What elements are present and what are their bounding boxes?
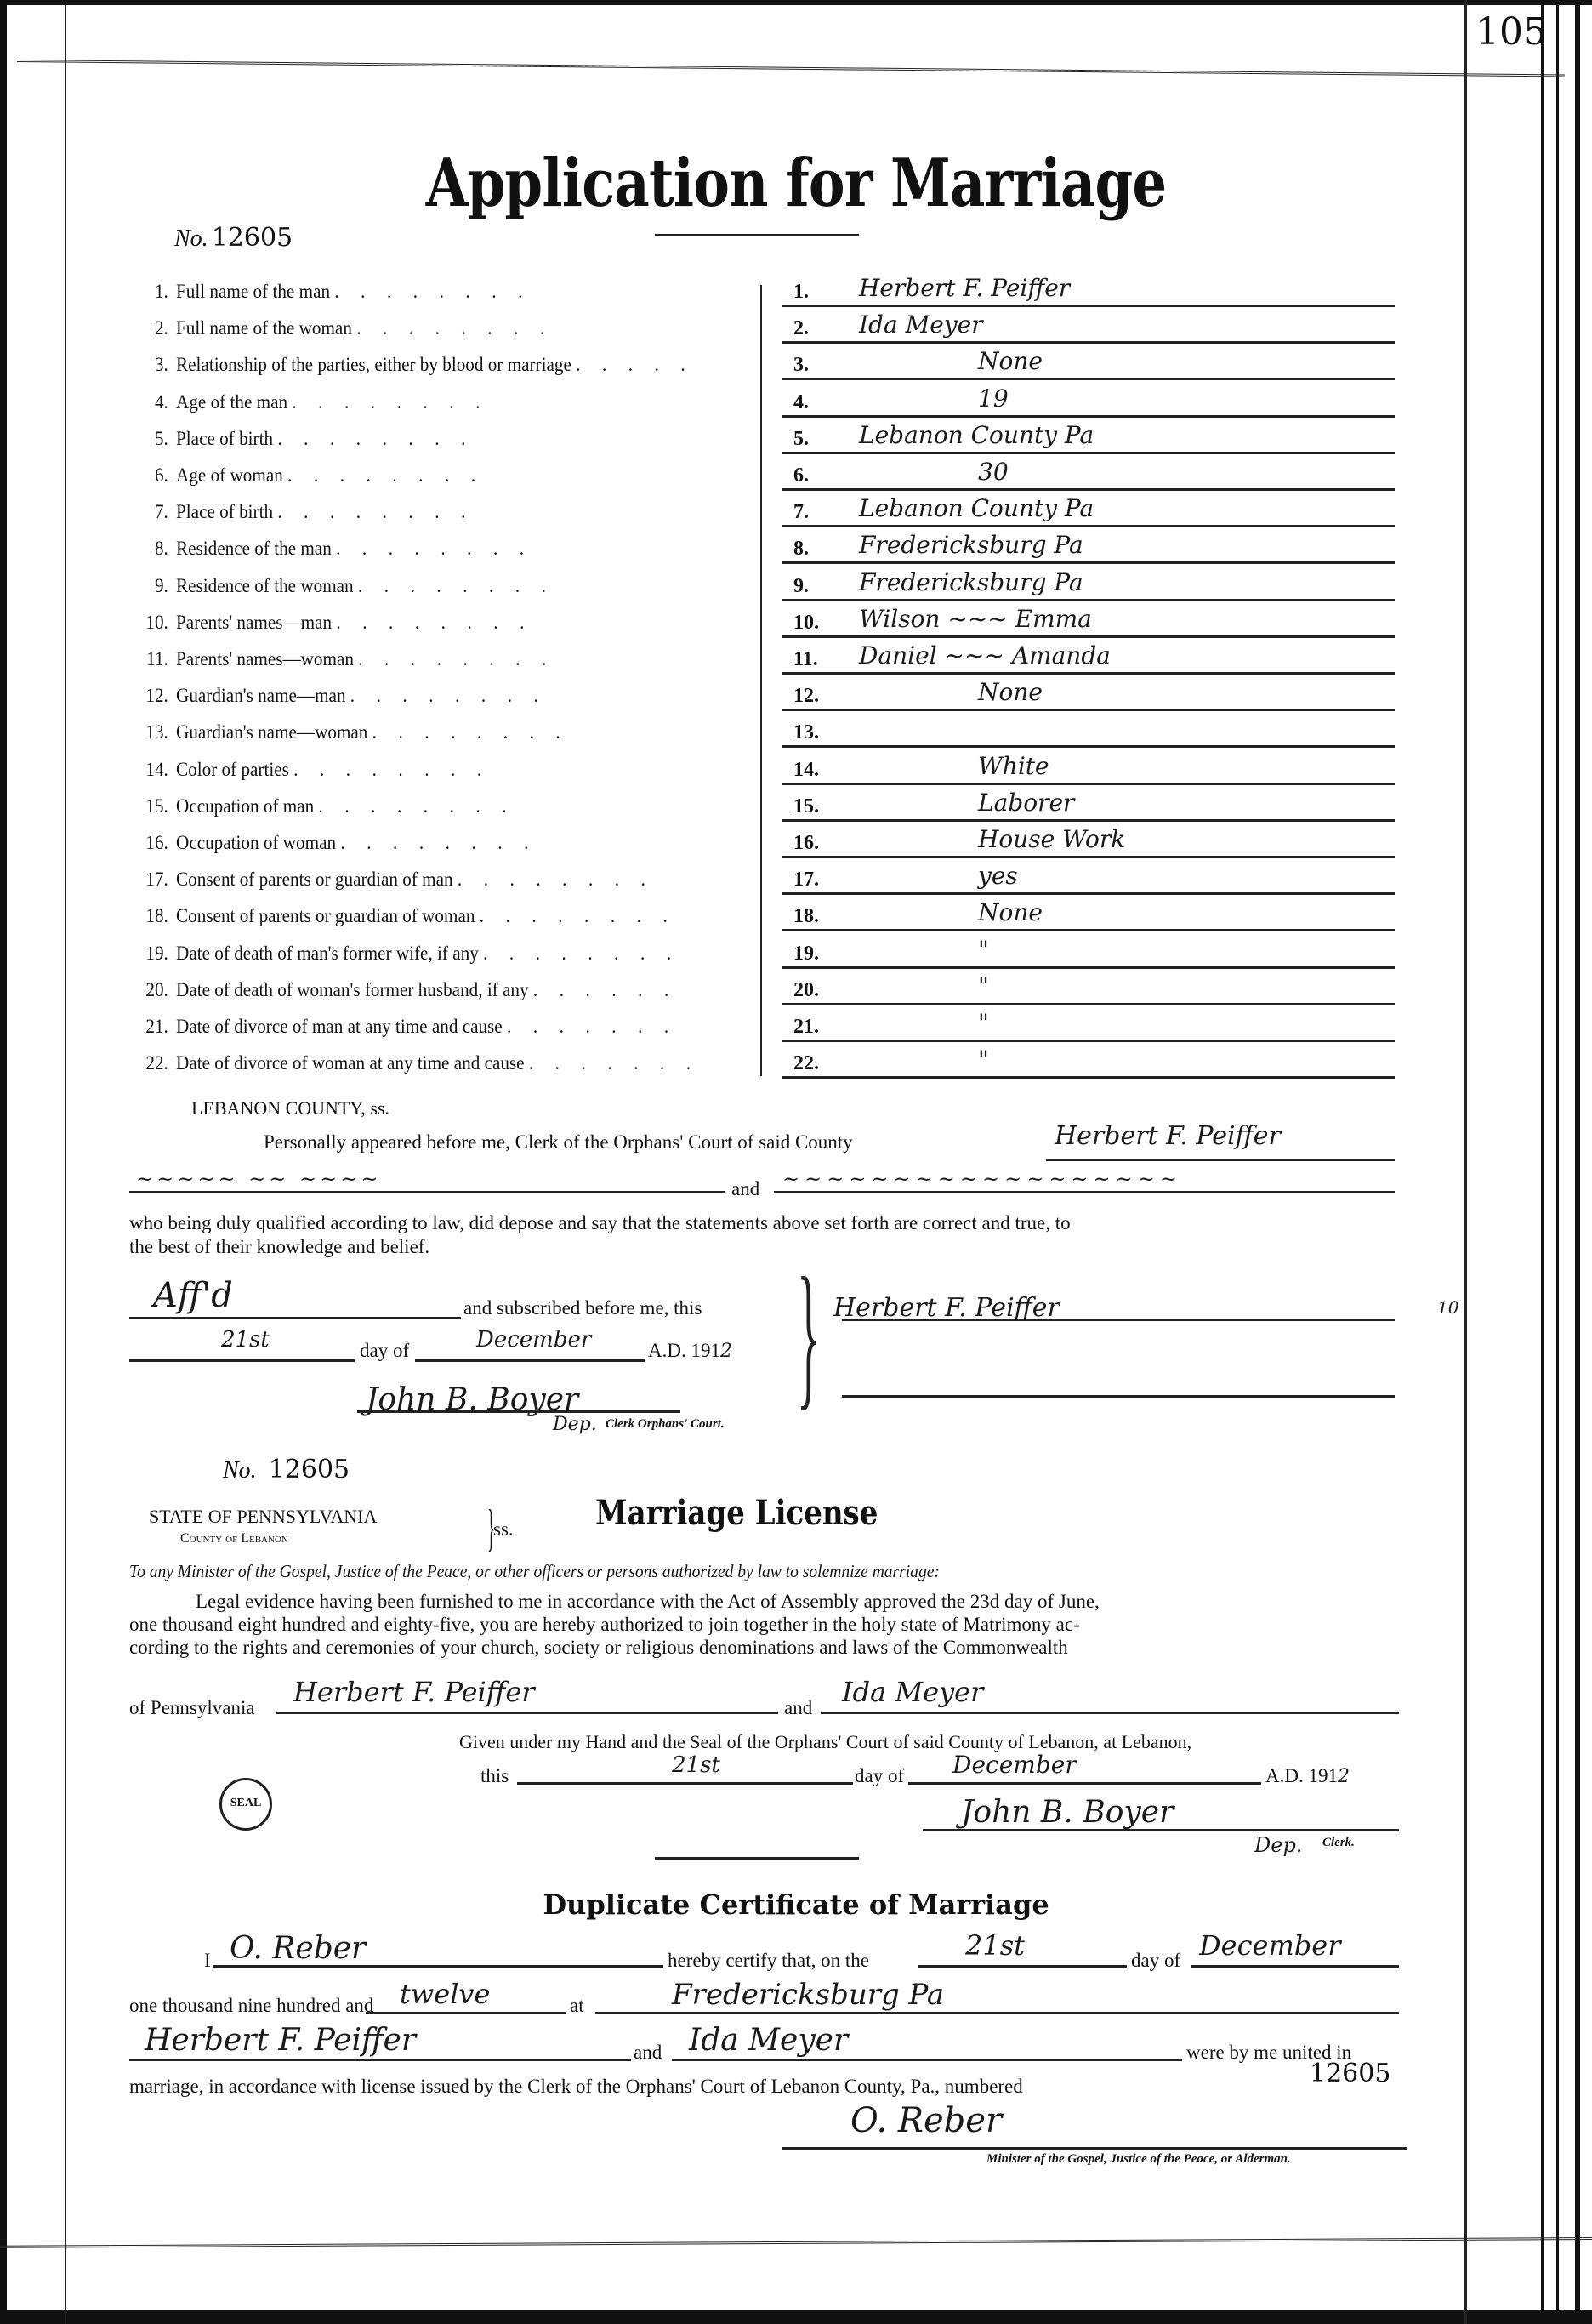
affidavit-day[interactable]: 21st xyxy=(221,1327,270,1353)
answer-value[interactable]: White xyxy=(978,752,1049,780)
clerk-caption: Clerk Orphans' Court. xyxy=(606,1417,725,1432)
certificate-day-line xyxy=(918,1965,1127,1968)
answer-line xyxy=(782,783,1395,785)
row-label-text: Parents' names—woman xyxy=(176,648,354,669)
row-label-text: Residence of the man xyxy=(176,538,332,559)
license-year-suffix[interactable]: 2 xyxy=(1338,1766,1350,1787)
certificate-signature: O. Reber xyxy=(850,2101,1002,2140)
answer-value[interactable]: None xyxy=(978,898,1043,926)
form-row-label: 10.Parents' names—man . . . . . . . . xyxy=(128,612,691,634)
answer-line xyxy=(782,305,1395,307)
applicant-signature-line xyxy=(842,1319,1395,1321)
row-label-text: Date of death of woman's former husband,… xyxy=(176,979,529,1000)
row-number: 19. xyxy=(128,943,168,965)
row-number: 17. xyxy=(128,869,168,891)
certificate-place[interactable]: Fredericksburg Pa xyxy=(672,1978,944,2012)
appeared-name[interactable]: Herbert F. Peiffer xyxy=(1055,1121,1281,1151)
top-edge xyxy=(0,0,1592,5)
certificate-signature-caption: Minister of the Gospel, Justice of the P… xyxy=(986,2152,1291,2167)
row-label-text: Consent of parents or guardian of woman xyxy=(176,905,475,926)
leader-dots: . . . . . . . . xyxy=(358,575,554,596)
license-number-label: No. xyxy=(223,1457,257,1484)
certificate-and: and xyxy=(634,2042,662,2064)
license-divider xyxy=(655,1857,859,1860)
certificate-groom-line xyxy=(129,2059,631,2061)
answer-line xyxy=(782,525,1395,527)
row-label-text: Occupation of man xyxy=(176,795,314,817)
margin-mark: 10 xyxy=(1437,1297,1458,1318)
affidavit-deputy-mark: Dep. xyxy=(553,1414,597,1435)
answer-line xyxy=(782,415,1395,418)
license-month-line xyxy=(908,1782,1261,1785)
answer-line xyxy=(782,452,1395,454)
column-divider xyxy=(760,285,762,1076)
certificate-license-text: marriage, in accordance with license iss… xyxy=(129,2076,1023,2098)
row-number: 22. xyxy=(128,1052,168,1074)
answer-line xyxy=(782,1076,1395,1079)
row-number: 9. xyxy=(128,575,168,597)
answer-number: 16. xyxy=(793,832,819,855)
form-row-label: 11.Parents' names—woman . . . . . . . . xyxy=(128,648,691,670)
row-label-text: Age of the man xyxy=(176,391,287,413)
answer-number: 17. xyxy=(793,869,819,891)
answer-value[interactable]: Lebanon County Pa xyxy=(859,494,1094,522)
answer-number: 13. xyxy=(793,721,819,744)
row-number: 11. xyxy=(128,648,168,670)
leader-dots: . . . . . . . . xyxy=(529,1052,691,1074)
certificate-year-line xyxy=(366,2012,566,2014)
license-groom-line xyxy=(276,1712,778,1714)
license-groom[interactable]: Herbert F. Peiffer xyxy=(293,1676,535,1708)
answer-number: 8. xyxy=(793,538,809,561)
certificate-license-number: 12605 xyxy=(1310,2059,1390,2088)
left-margin-rule xyxy=(65,0,66,2324)
row-number: 20. xyxy=(128,979,168,1001)
answer-value[interactable]: None xyxy=(978,347,1043,375)
right-margin-rule xyxy=(1464,0,1467,2324)
form-row-label: 1.Full name of the man . . . . . . . . xyxy=(128,281,691,303)
leader-dots: . . . . . . . . xyxy=(292,391,488,413)
answer-number: 4. xyxy=(793,391,809,414)
leader-dots: . . . . . . . . xyxy=(458,869,654,890)
form-row-label: 8.Residence of the man . . . . . . . . xyxy=(128,538,691,560)
answer-line xyxy=(782,1040,1395,1042)
license-clerk-signature: John B. Boyer xyxy=(961,1795,1174,1830)
row-label-text: Relationship of the parties, either by b… xyxy=(176,354,571,375)
row-number: 12. xyxy=(128,685,168,707)
answer-number: 18. xyxy=(793,905,819,928)
affidavit-month-line xyxy=(415,1359,645,1362)
leader-dots: . . . . . . . . xyxy=(480,905,676,926)
license-this: this xyxy=(480,1765,509,1787)
license-of-pennsylvania: of Pennsylvania xyxy=(129,1697,255,1719)
row-number: 13. xyxy=(128,721,168,743)
answer-value[interactable]: Daniel ~~~ Amanda xyxy=(859,641,1111,669)
answer-value[interactable]: 19 xyxy=(978,384,1009,413)
page-number: 105 xyxy=(1475,10,1547,54)
answer-line xyxy=(782,892,1395,895)
row-number: 15. xyxy=(128,795,168,817)
affidavit-statement-line1: who being duly qualified according to la… xyxy=(129,1212,1071,1234)
certificate-i: I xyxy=(204,1950,211,1972)
affidavit-appeared-text: Personally appeared before me, Clerk of … xyxy=(264,1131,853,1153)
answer-value[interactable]: " xyxy=(978,1045,989,1074)
answer-value[interactable]: " xyxy=(978,936,989,964)
right-edge-rule-3 xyxy=(1575,0,1580,2324)
row-label-text: Guardian's name—woman xyxy=(176,721,367,743)
answer-value[interactable]: Laborer xyxy=(978,789,1074,817)
answer-line xyxy=(782,378,1395,380)
form-row-label: 15.Occupation of man . . . . . . . . xyxy=(128,795,691,817)
form-row-label: 16.Occupation of woman . . . . . . . . xyxy=(128,832,691,854)
answer-number: 19. xyxy=(793,943,819,965)
leader-dots: . . . . . . . . xyxy=(277,428,474,449)
certificate-day[interactable]: 21st xyxy=(965,1929,1025,1962)
row-label-text: Date of divorce of woman at any time and… xyxy=(176,1052,525,1074)
answer-number: 22. xyxy=(793,1052,819,1075)
number-label: No. xyxy=(174,225,208,252)
row-label-text: Full name of the woman xyxy=(176,317,352,339)
license-day-of: day of xyxy=(855,1765,904,1787)
leader-dots: . . . . . . . . xyxy=(576,354,691,375)
form-row-label: 14.Color of parties . . . . . . . . xyxy=(128,759,691,781)
row-label-text: Color of parties xyxy=(176,759,289,780)
license-bride[interactable]: Ida Meyer xyxy=(842,1676,983,1708)
row-label-text: Parents' names—man xyxy=(176,612,332,633)
affidavit-and: and xyxy=(731,1178,759,1200)
answer-value[interactable]: Lebanon County Pa xyxy=(859,421,1094,449)
license-number: No. 12605 xyxy=(223,1455,350,1484)
row-label-text: Age of woman xyxy=(176,464,283,486)
license-body-line1: Legal evidence having been furnished to … xyxy=(196,1591,1100,1613)
license-given-text: Given under my Hand and the Seal of the … xyxy=(459,1731,1191,1753)
bottom-page-rule xyxy=(0,2237,1592,2248)
form-row-label: 13.Guardian's name—woman . . . . . . . . xyxy=(128,721,691,743)
application-number: No. 12605 xyxy=(174,223,293,253)
certificate-officiant[interactable]: O. Reber xyxy=(230,1931,366,1966)
certificate-day-of: day of xyxy=(1131,1950,1180,1972)
form-row-label: 22.Date of divorce of woman at any time … xyxy=(128,1052,691,1074)
answer-value[interactable]: Herbert F. Peiffer xyxy=(859,274,1070,302)
row-number: 1. xyxy=(128,281,168,303)
certificate-bride-line xyxy=(672,2059,1182,2061)
answer-value[interactable]: None xyxy=(978,678,1043,706)
title-divider xyxy=(655,234,859,236)
leader-dots: . . . . . . . . xyxy=(277,501,474,522)
certificate-groom[interactable]: Herbert F. Peiffer xyxy=(145,2023,416,2058)
license-ad: A.D. 1912 xyxy=(1265,1765,1350,1787)
form-row-label: 2.Full name of the woman . . . . . . . . xyxy=(128,317,691,339)
form-row-label: 12.Guardian's name—man . . . . . . . . xyxy=(128,685,691,707)
answer-line xyxy=(782,709,1395,711)
row-label-text: Occupation of woman xyxy=(176,832,336,853)
license-state: STATE OF PENNSYLVANIA xyxy=(149,1506,377,1528)
leader-dots: . . . . . . . . xyxy=(483,943,679,964)
certificate-month-line xyxy=(1191,1965,1399,1968)
number-value: 12605 xyxy=(212,223,293,253)
seal-icon: SEAL xyxy=(219,1778,272,1831)
answer-line xyxy=(782,819,1395,822)
row-label-text: Date of divorce of man at any time and c… xyxy=(176,1016,503,1037)
row-label-text: Place of birth xyxy=(176,428,273,449)
row-number: 3. xyxy=(128,354,168,376)
answer-line xyxy=(782,1003,1395,1005)
row-number: 5. xyxy=(128,428,168,450)
license-title: Marriage License xyxy=(595,1493,878,1533)
certificate-place-line xyxy=(595,2012,1399,2014)
answer-value[interactable]: " xyxy=(978,1009,989,1037)
affidavit-ad: A.D. 1912 xyxy=(648,1340,732,1362)
leader-dots: . . . . . . . . xyxy=(336,612,532,633)
affidavit-statement-line2: the best of their knowledge and belief. xyxy=(129,1236,429,1258)
license-body-line2: one thousand eight hundred and eighty-fi… xyxy=(129,1614,1080,1636)
row-label-text: Full name of the man xyxy=(176,281,330,302)
answer-line xyxy=(782,488,1395,491)
answer-value[interactable]: " xyxy=(978,972,989,1000)
answer-number: 12. xyxy=(793,685,819,708)
subscribed-text: and subscribed before me, this xyxy=(463,1297,702,1319)
affidavit-brace: } xyxy=(797,1242,820,1427)
form-row-label: 20.Date of death of woman's former husba… xyxy=(128,979,691,1001)
certificate-at: at xyxy=(570,1995,584,2017)
row-number: 16. xyxy=(128,832,168,854)
leader-dots: . . . . . . . . xyxy=(319,795,515,817)
right-edge-rule xyxy=(1541,0,1544,2324)
answer-line xyxy=(782,966,1395,969)
answer-number: 14. xyxy=(793,759,819,782)
left-binding-edge xyxy=(0,0,7,2324)
form-row-label: 4.Age of the man . . . . . . . . xyxy=(128,391,691,413)
affidavit-month[interactable]: December xyxy=(476,1327,591,1353)
answer-line xyxy=(782,856,1395,858)
affirmed-mark: Aff'd xyxy=(153,1276,233,1315)
leader-dots: . . . . . . . . xyxy=(293,759,490,780)
license-clerk-line xyxy=(923,1829,1399,1831)
leader-dots: . . . . . . . . xyxy=(340,832,537,853)
witness-scrawl-2: ~~~~~~~~~~~~~~~~~~ xyxy=(782,1167,1182,1191)
answer-number: 9. xyxy=(793,575,809,598)
appeared-name-line xyxy=(1046,1159,1395,1161)
witness-line-1 xyxy=(129,1191,725,1193)
license-and: and xyxy=(784,1697,812,1719)
license-county: County of Lebanon xyxy=(180,1531,288,1546)
affidavit-county: LEBANON COUNTY, ss. xyxy=(191,1097,389,1119)
leader-dots: . . . . . . . . xyxy=(336,538,532,559)
answer-value[interactable]: Fredericksburg Pa xyxy=(859,531,1083,559)
leader-dots: . . . . . . . . xyxy=(358,648,554,669)
answer-value[interactable]: yes xyxy=(978,862,1018,890)
answer-number: 7. xyxy=(793,501,809,524)
answer-number: 5. xyxy=(793,428,809,451)
certificate-certify-text: hereby certify that, on the xyxy=(668,1950,869,1972)
answer-value[interactable]: Wilson ~~~ Emma xyxy=(859,605,1092,633)
license-ad-label: A.D. 191 xyxy=(1265,1765,1338,1786)
affidavit-day-line xyxy=(129,1359,355,1362)
row-number: 4. xyxy=(128,391,168,413)
clerk-signature-line xyxy=(357,1410,680,1413)
row-label-text: Date of death of man's former wife, if a… xyxy=(176,943,479,964)
certificate-year-text: one thousand nine hundred and xyxy=(129,1995,373,2017)
license-ss: ss. xyxy=(493,1518,514,1541)
form-row-label: 5.Place of birth . . . . . . . . xyxy=(128,428,691,450)
answer-number: 10. xyxy=(793,612,819,635)
affidavit-year-suffix[interactable]: 2 xyxy=(720,1341,732,1362)
answer-number: 11. xyxy=(793,648,818,671)
leader-dots: . . . . . . . . xyxy=(350,685,547,706)
certificate-bride[interactable]: Ida Meyer xyxy=(689,2023,848,2058)
top-page-rule xyxy=(17,60,1565,77)
answer-line xyxy=(782,599,1395,601)
form-row-label: 6.Age of woman . . . . . . . . xyxy=(128,464,691,487)
answer-value[interactable]: House Work xyxy=(978,825,1125,853)
witness-scrawl-1: ~~~~~ ~~ ~~~~ xyxy=(136,1167,381,1191)
certificate-title: Duplicate Certificate of Marriage xyxy=(0,1888,1592,1921)
form-row-label: 17.Consent of parents or guardian of man… xyxy=(128,869,691,891)
row-number: 8. xyxy=(128,538,168,560)
row-label-text: Residence of the woman xyxy=(176,575,354,596)
form-row-label: 7.Place of birth . . . . . . . . xyxy=(128,501,691,523)
license-day-line xyxy=(517,1782,853,1785)
row-number: 18. xyxy=(128,905,168,927)
row-label-text: Place of birth xyxy=(176,501,273,522)
answer-number: 15. xyxy=(793,795,819,818)
answer-value[interactable]: Ida Meyer xyxy=(859,310,983,339)
certificate-signature-line xyxy=(782,2147,1407,2150)
leader-dots: . . . . . . . . xyxy=(356,317,553,339)
row-number: 10. xyxy=(128,612,168,634)
form-row-label: 9.Residence of the woman . . . . . . . . xyxy=(128,575,691,597)
row-number: 7. xyxy=(128,501,168,523)
leader-dots: . . . . . . . . xyxy=(533,979,691,1000)
license-bride-line xyxy=(821,1712,1399,1714)
answer-number: 3. xyxy=(793,354,809,377)
answer-line xyxy=(782,929,1395,931)
form-row-label: 18.Consent of parents or guardian of wom… xyxy=(128,905,691,927)
row-number: 14. xyxy=(128,759,168,781)
form-row-label: 3.Relationship of the parties, either by… xyxy=(128,354,691,376)
license-clerk-caption: Clerk. xyxy=(1322,1836,1355,1850)
certificate-month[interactable]: December xyxy=(1199,1929,1341,1962)
leader-dots: . . . . . . . . xyxy=(372,721,569,743)
answer-number: 21. xyxy=(793,1016,819,1039)
row-label-text: Consent of parents or guardian of man xyxy=(176,869,453,890)
second-signature-line xyxy=(842,1395,1395,1398)
license-number-value: 12605 xyxy=(269,1455,350,1484)
leader-dots: . . . . . . . . xyxy=(287,464,484,486)
certificate-year-word[interactable]: twelve xyxy=(400,1978,490,2010)
application-title: Application for Marriage xyxy=(143,145,1448,222)
affidavit-day-of: day of xyxy=(360,1340,409,1362)
form-row-label: 19.Date of death of man's former wife, i… xyxy=(128,943,691,965)
answer-value[interactable]: 30 xyxy=(978,458,1009,486)
row-number: 21. xyxy=(128,1016,168,1038)
affirmed-line xyxy=(129,1317,461,1319)
leader-dots: . . . . . . . . xyxy=(334,281,531,302)
answer-line xyxy=(782,635,1395,638)
bottom-edge xyxy=(0,2310,1592,2324)
leader-dots: . . . . . . . . xyxy=(507,1016,691,1037)
license-address: To any Minister of the Gospel, Justice o… xyxy=(129,1561,940,1582)
answer-number: 1. xyxy=(793,281,809,304)
form-row-label: 21.Date of divorce of man at any time an… xyxy=(128,1016,691,1038)
license-body-line3: cording to the rights and ceremonies of … xyxy=(129,1637,1068,1659)
row-number: 6. xyxy=(128,464,168,487)
answer-line xyxy=(782,561,1395,564)
license-month[interactable]: December xyxy=(952,1751,1077,1779)
license-day[interactable]: 21st xyxy=(672,1752,720,1778)
answer-number: 20. xyxy=(793,979,819,1002)
answer-number: 6. xyxy=(793,464,809,487)
answer-line xyxy=(782,745,1395,748)
answer-line xyxy=(782,341,1395,344)
affidavit-ad-label: A.D. 191 xyxy=(648,1340,720,1361)
answer-number: 2. xyxy=(793,317,809,340)
answer-value[interactable]: Fredericksburg Pa xyxy=(859,568,1083,596)
witness-line-2 xyxy=(774,1191,1395,1193)
row-label-text: Guardian's name—man xyxy=(176,685,345,706)
right-edge-rule-2 xyxy=(1556,0,1559,2324)
answer-line xyxy=(782,672,1395,675)
license-deputy-mark: Dep. xyxy=(1254,1833,1302,1857)
row-number: 2. xyxy=(128,317,168,339)
